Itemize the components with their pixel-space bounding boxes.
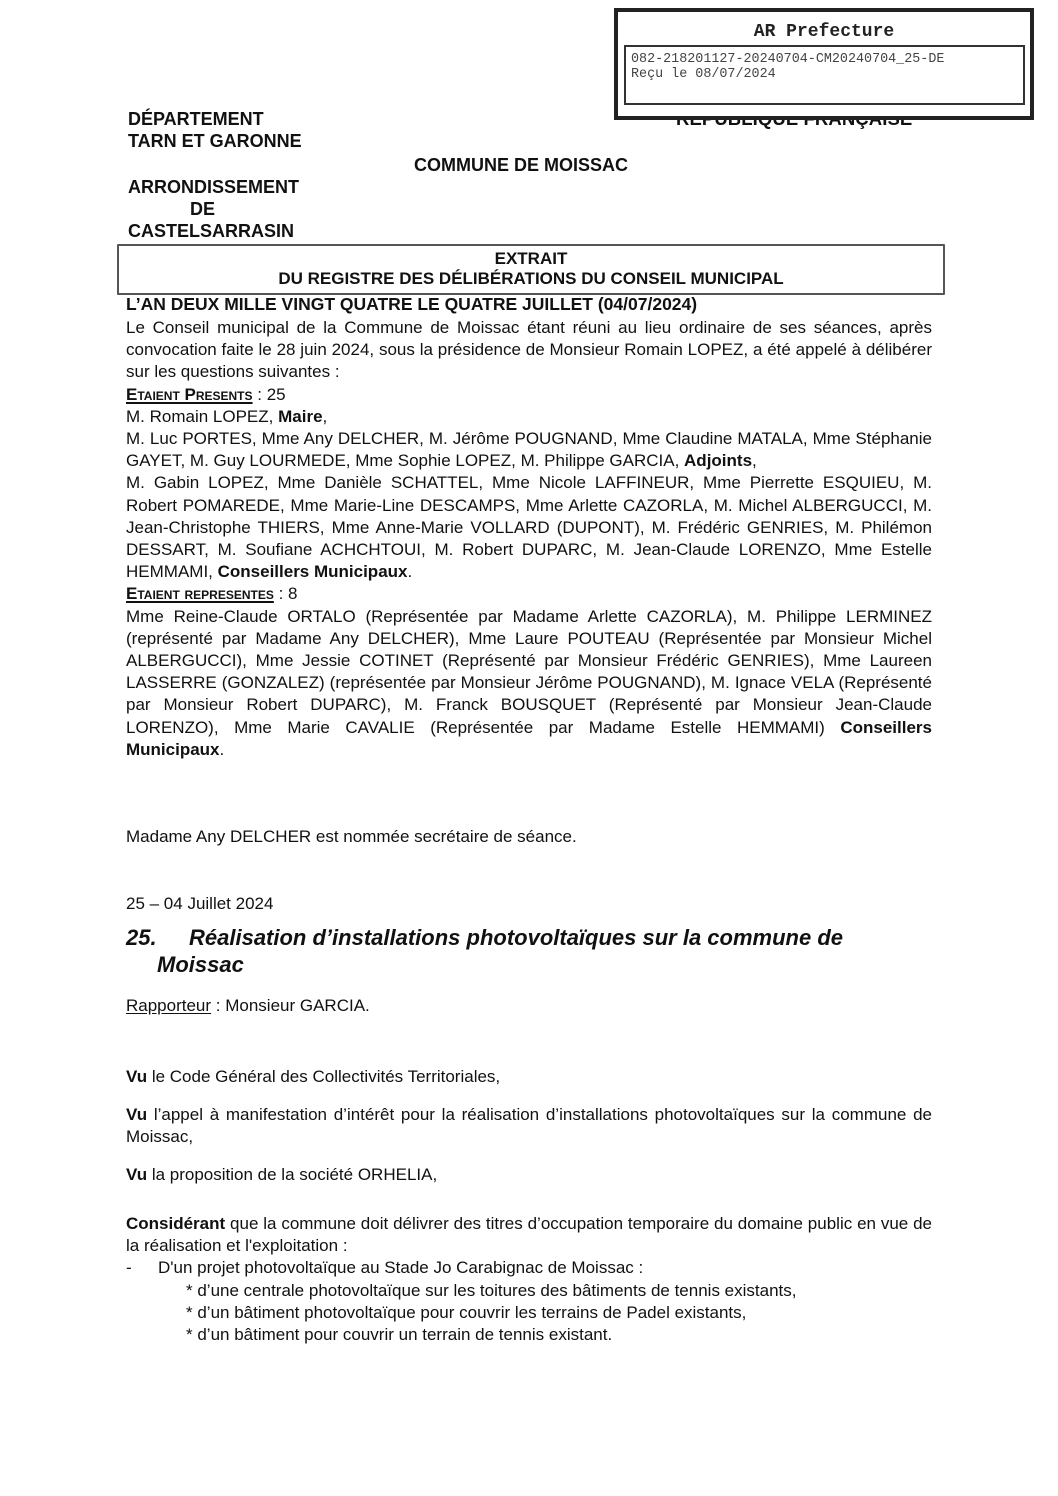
extrait-box: EXTRAIT DU REGISTRE DES DÉLIBÉRATIONS DU… <box>117 244 945 295</box>
visa-paragraph: Vu le Code Général des Collectivités Ter… <box>126 1066 932 1088</box>
considerant-paragraph: Considérant que la commune doit délivrer… <box>126 1213 932 1257</box>
item-title: 25.Réalisation d’installations photovolt… <box>126 924 946 978</box>
visa-text: le Code Général des Collectivités Territ… <box>147 1067 500 1086</box>
arrondissement-block: ARRONDISSEMENT DE CASTELSARRASIN <box>128 176 299 242</box>
departement-name: TARN ET GARONNE <box>128 130 302 152</box>
extrait-title: EXTRAIT <box>119 249 943 269</box>
item-title-line1: Réalisation d’installations photovoltaïq… <box>189 925 843 950</box>
departement-block: DÉPARTEMENT TARN ET GARONNE <box>128 108 302 152</box>
adjoints-paragraph: M. Luc PORTES, Mme Any DELCHER, M. Jérôm… <box>126 428 932 472</box>
presents-count: : 25 <box>257 385 285 404</box>
maire-line: M. Romain LOPEZ, Maire, <box>126 406 932 428</box>
project-text: D'un projet photovoltaïque au Stade Jo C… <box>158 1258 643 1277</box>
rapporteur-value: : Monsieur GARCIA. <box>211 996 370 1015</box>
visa-text: l’appel à manifestation d’intérêt pour l… <box>126 1105 932 1146</box>
item-number: 25. <box>126 924 189 951</box>
item-date: 25 – 04 Juillet 2024 <box>126 894 273 914</box>
maire-role: Maire <box>278 407 322 426</box>
visa-lead: Vu <box>126 1165 147 1184</box>
secretaire-line: Madame Any DELCHER est nommée secrétaire… <box>126 827 577 847</box>
project-line: -D'un projet photovoltaïque au Stade Jo … <box>126 1257 932 1279</box>
session-date-line: L’AN DEUX MILLE VINGT QUATRE LE QUATRE J… <box>126 294 697 315</box>
project-item: * d’une centrale photovoltaïque sur les … <box>126 1280 932 1302</box>
adjoints-role: Adjoints <box>684 451 752 470</box>
conseillers-paragraph: M. Gabin LOPEZ, Mme Danièle SCHATTEL, Mm… <box>126 472 932 583</box>
representes-names: Mme Reine-Claude ORTALO (Représentée par… <box>126 607 932 737</box>
stamp-reference: 082-218201127-20240704-CM20240704_25-DE <box>631 52 1023 67</box>
stamp-title: AR Prefecture <box>618 22 1030 42</box>
presents-label: Etaient Presents <box>126 385 253 404</box>
visa-lead: Vu <box>126 1067 147 1086</box>
adjoints-names: M. Luc PORTES, Mme Any DELCHER, M. Jérôm… <box>126 429 932 470</box>
representes-count: : 8 <box>279 584 298 603</box>
ar-prefecture-stamp: AR Prefecture 082-218201127-20240704-CM2… <box>614 8 1034 120</box>
dash-bullet: - <box>126 1257 132 1279</box>
visa-text: la proposition de la société ORHELIA, <box>147 1165 437 1184</box>
arrondissement-label: ARRONDISSEMENT <box>128 176 299 198</box>
departement-label: DÉPARTEMENT <box>128 108 302 130</box>
attendance-block: Le Conseil municipal de la Commune de Mo… <box>126 317 932 761</box>
item-title-line2: Moissac <box>126 951 946 978</box>
rapporteur-label: Rapporteur <box>126 996 211 1015</box>
arrondissement-name: CASTELSARRASIN <box>128 220 299 242</box>
representes-paragraph: Mme Reine-Claude ORTALO (Représentée par… <box>126 606 932 761</box>
considerant-text: que la commune doit délivrer des titres … <box>126 1214 932 1255</box>
commune-heading: COMMUNE DE MOISSAC <box>414 154 628 176</box>
session-intro: Le Conseil municipal de la Commune de Mo… <box>126 317 932 384</box>
extrait-subtitle: DU REGISTRE DES DÉLIBÉRATIONS DU CONSEIL… <box>119 269 943 289</box>
presents-heading: Etaient Presents : 25 <box>126 384 932 406</box>
visa-lead: Vu <box>126 1105 147 1124</box>
conseillers-role: Conseillers Municipaux <box>218 562 408 581</box>
arrondissement-de: DE <box>128 198 299 220</box>
stamp-received-date: Reçu le 08/07/2024 <box>631 67 1023 82</box>
representes-label: Etaient representes <box>126 584 274 603</box>
visa-paragraph: Vu la proposition de la société ORHELIA, <box>126 1164 932 1186</box>
considerant-block: Considérant que la commune doit délivrer… <box>126 1213 932 1346</box>
maire-name: M. Romain LOPEZ, <box>126 407 278 426</box>
representes-heading: Etaient representes : 8 <box>126 583 932 605</box>
considerant-lead: Considérant <box>126 1214 225 1233</box>
project-item: * d’un bâtiment pour couvrir un terrain … <box>126 1324 932 1346</box>
stamp-details: 082-218201127-20240704-CM20240704_25-DE … <box>624 45 1025 105</box>
rapporteur-line: Rapporteur : Monsieur GARCIA. <box>126 996 370 1016</box>
project-item: * d’un bâtiment photovoltaïque pour couv… <box>126 1302 932 1324</box>
visa-paragraph: Vu l’appel à manifestation d’intérêt pou… <box>126 1104 932 1148</box>
